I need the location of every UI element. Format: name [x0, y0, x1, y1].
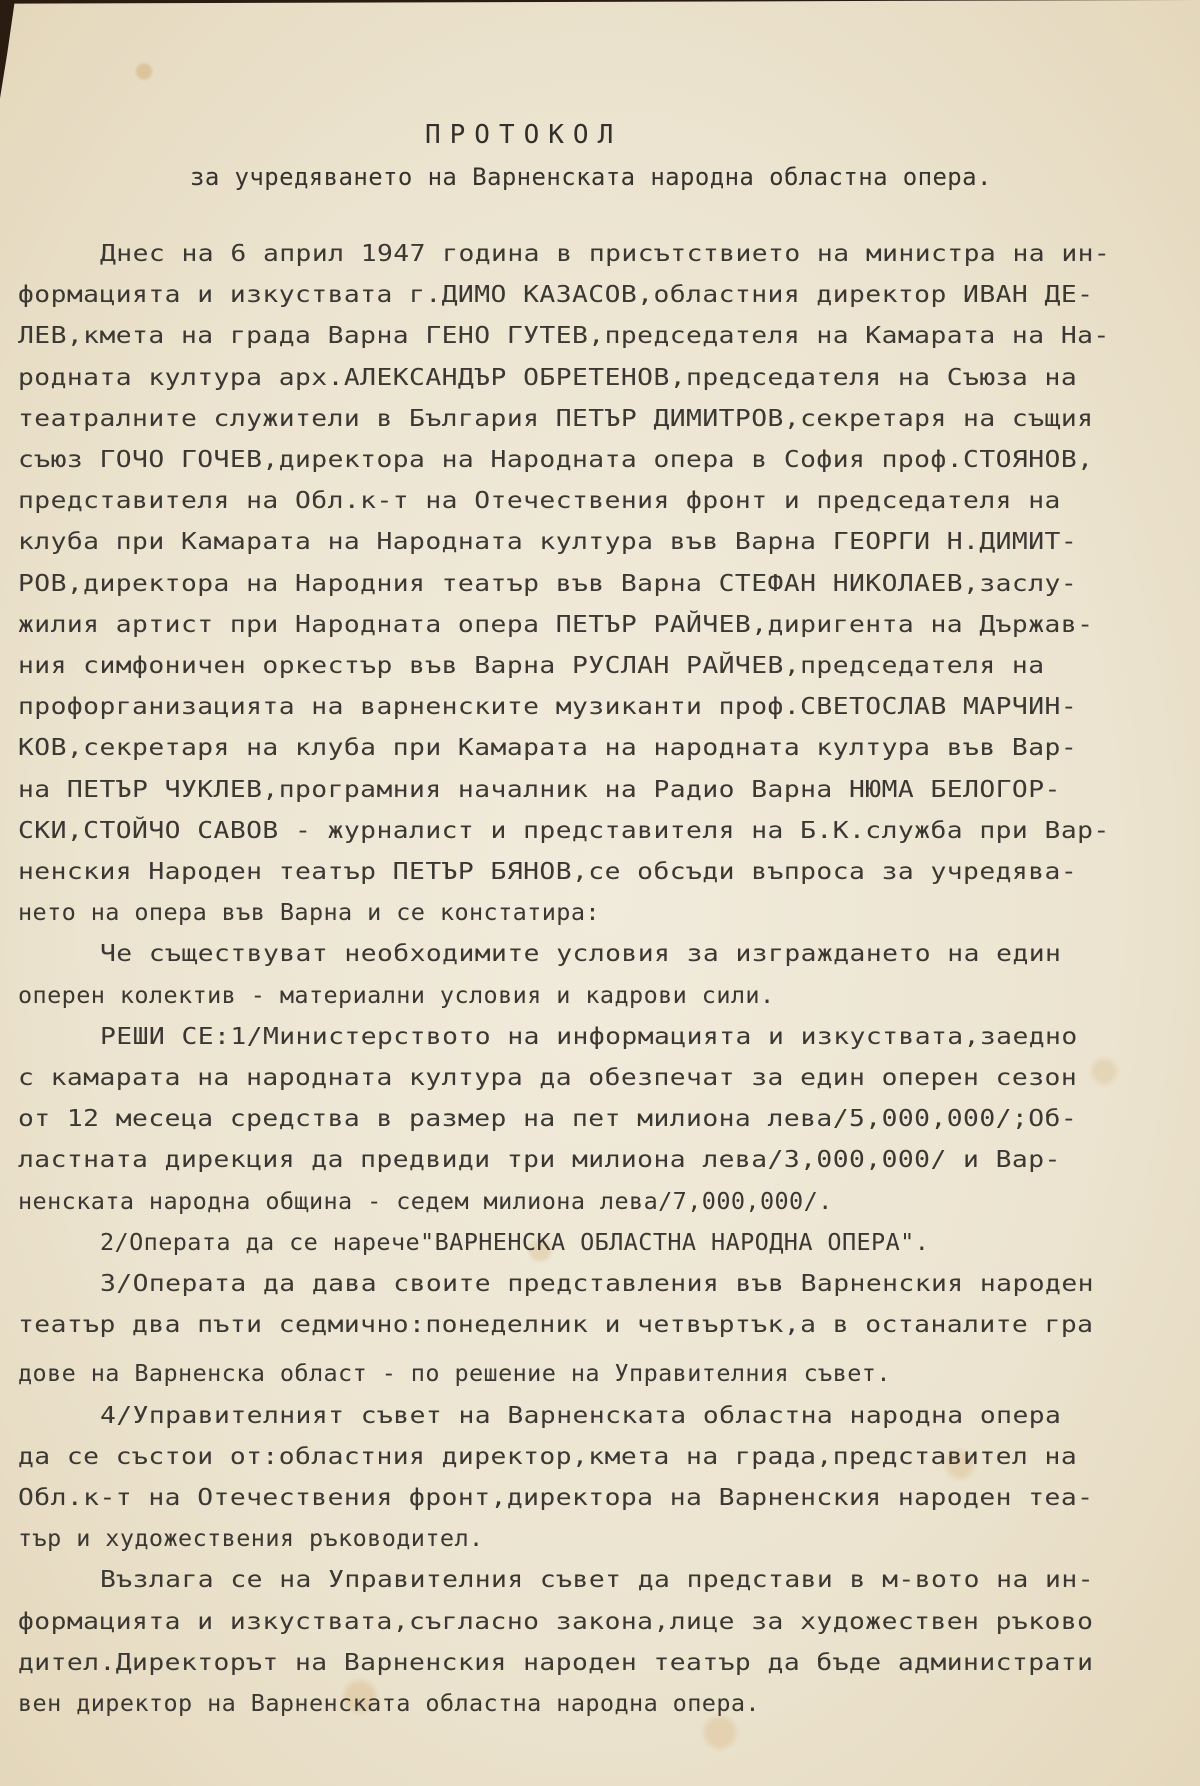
text-line: на ПЕТЪР ЧУКЛЕВ,програмния началник на Р…: [18, 775, 1061, 803]
text-line: КОВ,секретаря на клуба при Камарата на н…: [18, 733, 1077, 761]
text-line: клуба при Камарата на Народната култура …: [18, 527, 1077, 555]
text-line: тър и художествения ръководител.: [18, 1524, 484, 1552]
text-line: театър два пъти седмично:понеделник и че…: [18, 1310, 1093, 1338]
text-line: нето на опера във Варна и се констатира:: [18, 898, 600, 926]
text-line: дител.Директорът на Варненския народен т…: [18, 1648, 1093, 1676]
text-line: формацията и изкуствата,съгласно закона,…: [18, 1607, 1093, 1635]
text-line: ненската народна община - седем милиона …: [18, 1187, 833, 1215]
text-line: родната култура арх.АЛЕКСАНДЪР ОБРЕТЕНОВ…: [18, 363, 1077, 391]
text-line: Днес на 6 април 1947 година в присътстви…: [100, 239, 1110, 267]
text-line: с камарата на народната култура да обезп…: [18, 1063, 1077, 1091]
text-line: 4/Управителният съвет на Варненската обл…: [100, 1401, 1061, 1429]
text-line: Възлага се на Управителния съвет да пред…: [100, 1565, 1094, 1593]
text-line: да се състои от:областния директор,кмета…: [18, 1442, 1077, 1470]
document-title: ПРОТОКОЛ: [0, 120, 1200, 150]
text-line: представителя на Обл.к-т на Отечествения…: [18, 486, 1061, 514]
text-line: оперен колектив - материални условия и к…: [18, 981, 775, 1009]
typewritten-protocol: ПРОТОКОЛ за учредяването на Варненската …: [0, 0, 1200, 1786]
text-line: театралните служители в България ПЕТЪР Д…: [18, 404, 1093, 432]
text-line: Че съществуват необходимите условия за и…: [100, 939, 1061, 967]
text-line: РОВ,директора на Народния театър във Вар…: [18, 569, 1077, 597]
text-line: 2/Операта да се нарече"ВАРНЕНСКА ОБЛАСТН…: [100, 1228, 929, 1256]
text-line: вен директор на Варненската областна нар…: [18, 1689, 760, 1717]
document-subtitle: за учредяването на Варненската народна о…: [190, 163, 992, 191]
text-line: СКИ,СТОЙЧО САВОВ - журналист и представи…: [18, 816, 1110, 844]
text-line: ЛЕВ,кмета на града Варна ГЕНО ГУТЕВ,пред…: [18, 321, 1110, 349]
text-line: РЕШИ СЕ:1/Министерството на информацията…: [100, 1022, 1078, 1050]
text-line: от 12 месеца средства в размер на пет ми…: [18, 1104, 1077, 1132]
text-line: дове на Варненска област - по решение на…: [18, 1359, 891, 1387]
text-line: профорганизацията на варненските музикан…: [18, 692, 1077, 720]
text-line: ненския Народен театър ПЕТЪР БЯНОВ,се об…: [18, 857, 1077, 885]
text-line: 3/Операта да дава своите представления в…: [100, 1269, 1094, 1297]
text-line: съюз ГОЧО ГОЧЕВ,директора на Народната о…: [18, 445, 1093, 473]
text-line: ния симфоничен оркестър във Варна РУСЛАН…: [18, 651, 1045, 679]
text-line: жилия артист при Народната опера ПЕТЪР Р…: [18, 610, 1093, 638]
text-line: формацията и изкуствата г.ДИМО КАЗАСОВ,о…: [18, 280, 1093, 308]
text-line: Обл.к-т на Отечествения фронт,директора …: [18, 1483, 1093, 1511]
text-line: ластната дирекция да предвиди три милион…: [18, 1145, 1061, 1173]
